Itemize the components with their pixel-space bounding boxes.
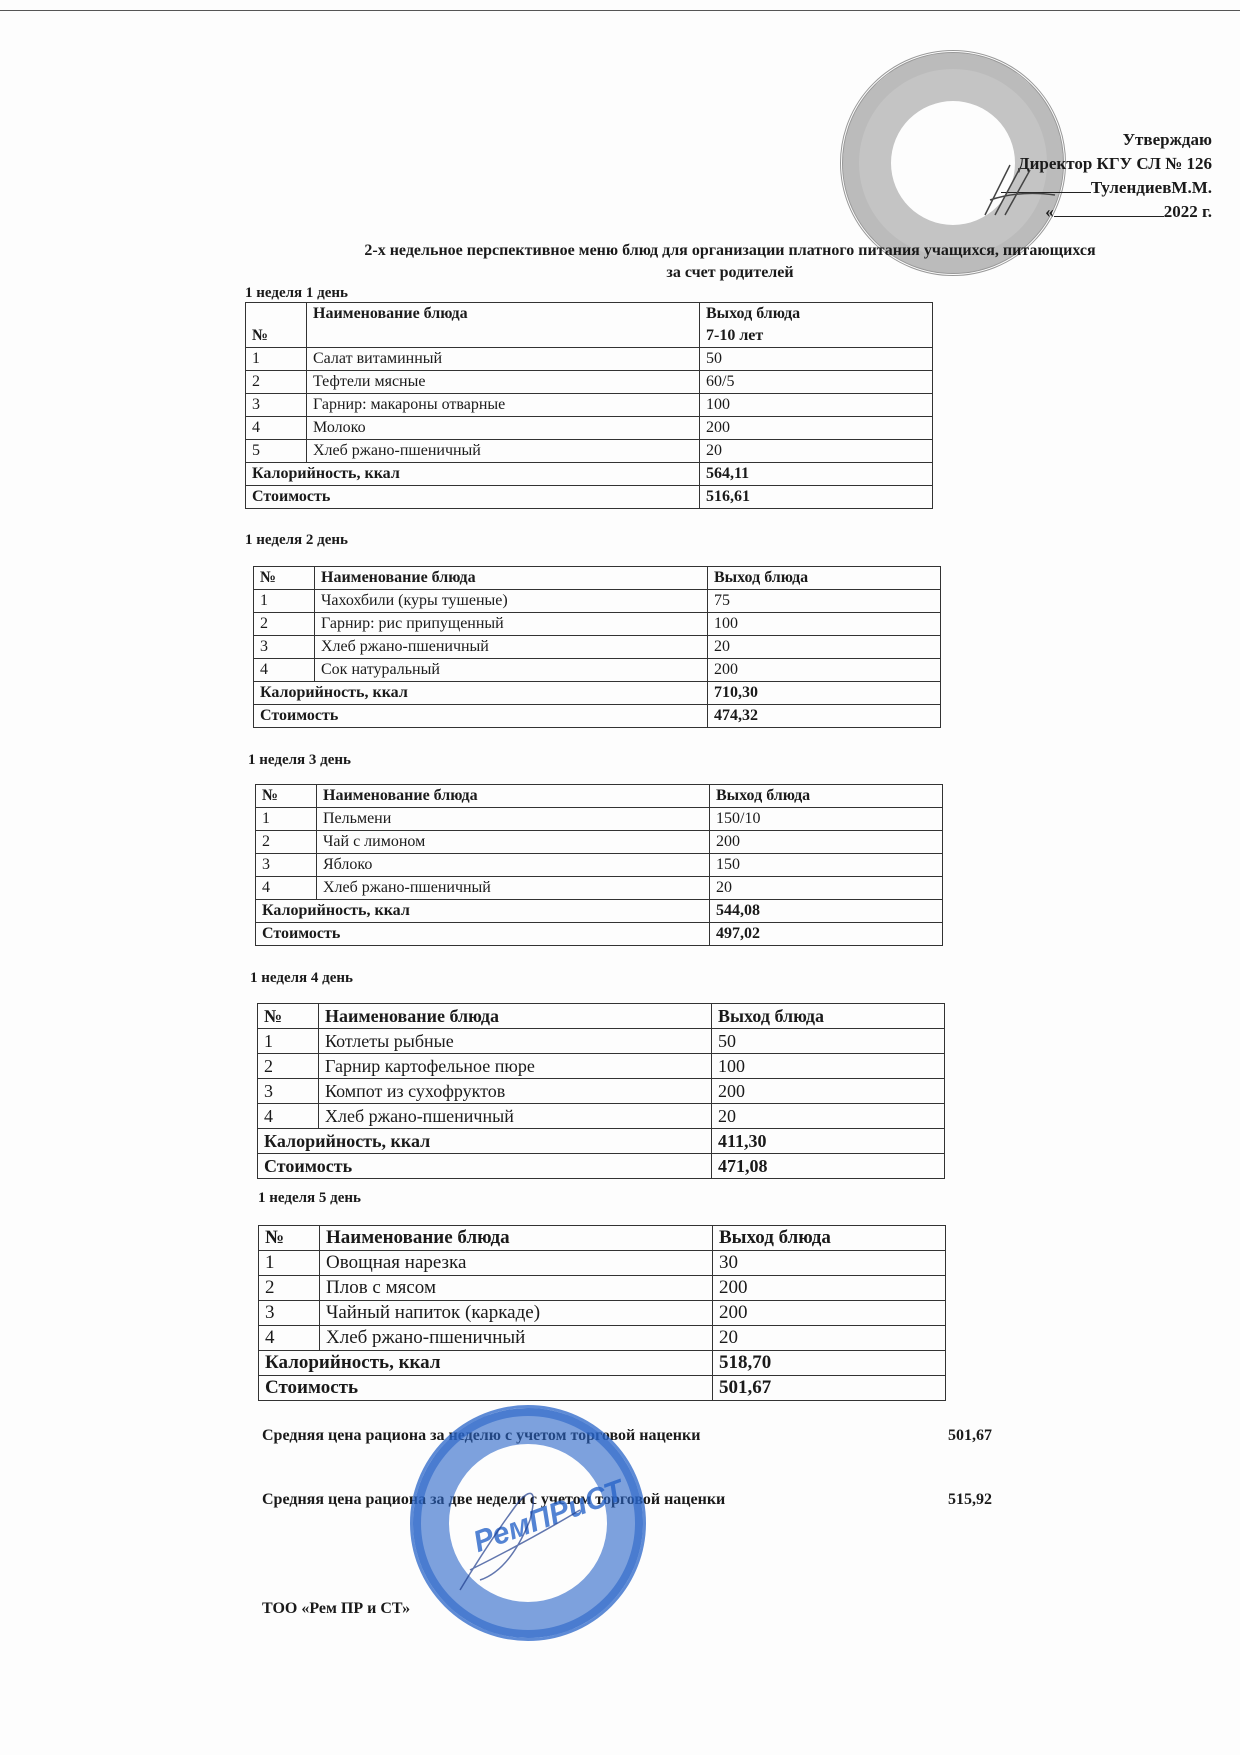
table-row: 3Гарнир: макароны отварные100 xyxy=(246,394,933,417)
table-row: 4Молоко200 xyxy=(246,417,933,440)
menu-table-day-2: №Наименование блюдаВыход блюда 1Чахохбил… xyxy=(253,566,941,728)
table-row: 1Пельмени150/10 xyxy=(256,808,943,831)
cost-row: Стоимость501,67 xyxy=(259,1376,946,1401)
table-row: 2Чай с лимоном200 xyxy=(256,831,943,854)
menu-table-day-5: №Наименование блюдаВыход блюда 1Овощная … xyxy=(258,1225,946,1401)
document-title: 2-х недельное перспективное меню блюд дл… xyxy=(250,240,1210,284)
weekly-average-price: Средняя цена рациона за неделю с учетом … xyxy=(262,1427,992,1445)
calories-row: Калорийность, ккал518,70 xyxy=(259,1351,946,1376)
table-row: 4Хлеб ржано-пшеничный20 xyxy=(258,1104,945,1129)
scan-edge-line xyxy=(0,10,1240,11)
calories-row: Калорийность, ккал411,30 xyxy=(258,1129,945,1154)
cost-row: Стоимость471,08 xyxy=(258,1154,945,1179)
calories-row: Калорийность, ккал564,11 xyxy=(246,463,933,486)
menu-table-day-3: №Наименование блюдаВыход блюда 1Пельмени… xyxy=(255,784,943,946)
organization-name: ТОО «Рем ПР и СТ» xyxy=(262,1600,410,1618)
table-row: 4Хлеб ржано-пшеничный20 xyxy=(259,1326,946,1351)
day-label: 1 неделя 4 день xyxy=(250,970,353,987)
cost-row: Стоимость474,32 xyxy=(254,705,941,728)
cost-row: Стоимость516,61 xyxy=(246,486,933,509)
approval-title: Утверждаю xyxy=(1001,128,1212,152)
table-row: 1Чахохбили (куры тушеные)75 xyxy=(254,590,941,613)
table-row: 3Яблоко150 xyxy=(256,854,943,877)
table-row: 2Гарнир картофельное пюре100 xyxy=(258,1054,945,1079)
table-row: 4Сок натуральный200 xyxy=(254,659,941,682)
table-row: 3Чайный напиток (каркаде)200 xyxy=(259,1301,946,1326)
calories-row: Калорийность, ккал544,08 xyxy=(256,900,943,923)
table-row: 5Хлеб ржано-пшеничный20 xyxy=(246,440,933,463)
table-row: 3Хлеб ржано-пшеничный20 xyxy=(254,636,941,659)
day-label: 1 неделя 3 день xyxy=(248,752,351,769)
table-row: 2Тефтели мясные60/5 xyxy=(246,371,933,394)
two-week-average-price: Средняя цена рациона за две недели с уче… xyxy=(262,1491,992,1509)
menu-table-day-1: № Наименование блюда Выход блюда7-10 лет… xyxy=(245,302,933,509)
calories-row: Калорийность, ккал710,30 xyxy=(254,682,941,705)
approval-block: Утверждаю Директор КГУ СЛ № 126 Тулендие… xyxy=(1001,128,1212,224)
menu-table-day-4: №Наименование блюдаВыход блюда 1Котлеты … xyxy=(257,1003,945,1179)
day-label: 1 неделя 5 день xyxy=(258,1190,361,1207)
company-seal-text: РемПРиСТ xyxy=(469,1474,628,1560)
cost-row: Стоимость497,02 xyxy=(256,923,943,946)
table-row: 2Гарнир: рис припущенный100 xyxy=(254,613,941,636)
day-label: 1 неделя 2 день xyxy=(245,532,348,549)
table-row: 1Котлеты рыбные50 xyxy=(258,1029,945,1054)
table-row: 3Компот из сухофруктов200 xyxy=(258,1079,945,1104)
table-row: 4Хлеб ржано-пшеничный20 xyxy=(256,877,943,900)
day-label: 1 неделя 1 день xyxy=(245,285,348,302)
table-row: 1Овощная нарезка30 xyxy=(259,1251,946,1276)
approval-position: Директор КГУ СЛ № 126 xyxy=(1001,152,1212,176)
table-row: 1Салат витаминный50 xyxy=(246,348,933,371)
table-header-row: № Наименование блюда Выход блюда7-10 лет xyxy=(246,303,933,348)
table-row: 2Плов с мясом200 xyxy=(259,1276,946,1301)
approval-signatory: ТулендиевМ.М. xyxy=(1001,176,1212,200)
approval-date: «2022 г. xyxy=(1001,200,1212,224)
